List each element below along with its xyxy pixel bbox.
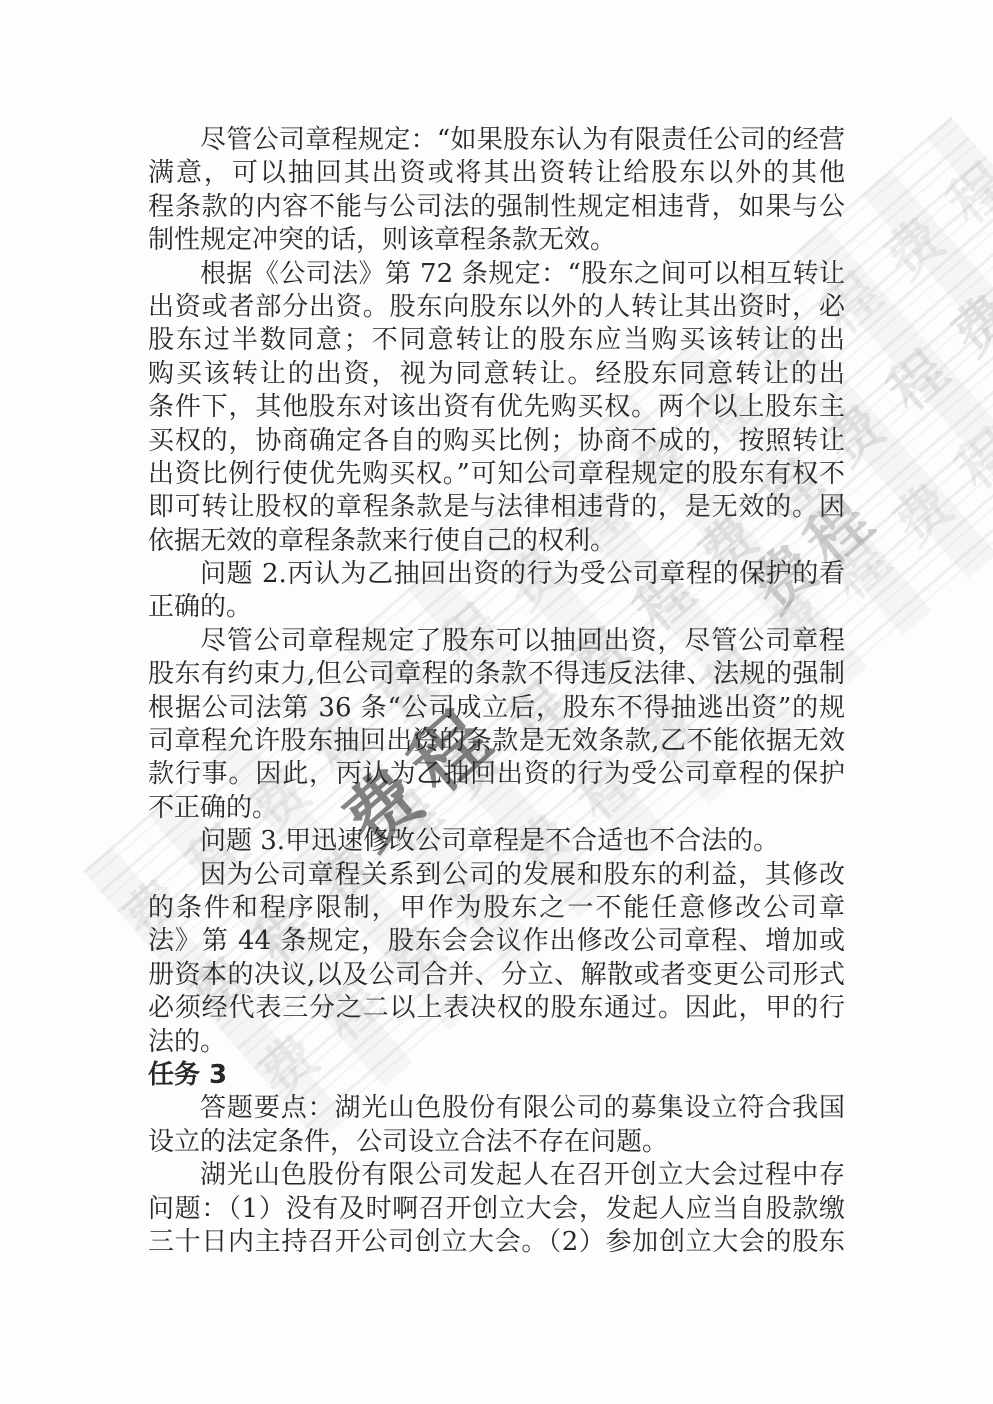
document-page: 费程费程费程费程费程费程费程 费程费程费程费程费程费程费程 费程费程费程费程费程… — [0, 0, 993, 1404]
text-line: 不正确的。 — [148, 792, 845, 825]
text-line: 的条件和程序限制，甲作为股东之一不能任意修改公司章程。《公司 — [148, 892, 845, 925]
text-line: 依据无效的章程条款来行使自己的权利。 — [148, 525, 845, 558]
text-line: 股东过半数同意；不同意转让的股东应当购买该转让的出资，如果不 — [148, 324, 845, 357]
text-line: 满意，可以抽回其出资或将其出资转让给股东以外的其他人。”但章 — [148, 157, 845, 190]
text-line: 正确的。 — [148, 591, 845, 624]
text-line: 买权的，协商确定各自的购买比例；协商不成的，按照转让时各自的 — [148, 425, 845, 458]
text-line-question-3: 问题 3.甲迅速修改公司章程是不合适也不合法的。 — [148, 825, 845, 858]
text-line: 即可转让股权的章程条款是与法律相违背的，是无效的。因此乙不能 — [148, 491, 845, 524]
text-line-question-2: 问题 2.丙认为乙抽回出资的行为受公司章程的保护的看法是不 — [148, 558, 845, 591]
text-line: 尽管公司章程规定：“如果股东认为有限责任公司的经营不令其 — [148, 124, 845, 157]
task-3-heading: 任务 3 — [148, 1059, 845, 1092]
text-line: 必须经代表三分之二以上表决权的股东通过。因此，甲的行为是不合 — [148, 992, 845, 1025]
text-line: 条件下，其他股东对该出资有优先购买权。两个以上股东主张优先购 — [148, 391, 845, 424]
text-line: 股东有约束力,但公司章程的条款不得违反法律、法规的强制性规定， — [148, 658, 845, 691]
text-line: 程条款的内容不能与公司法的强制性规定相违背，如果与公司法的强 — [148, 191, 845, 224]
text-line: 尽管公司章程规定了股东可以抽回出资，尽管公司章程对公司、 — [148, 625, 845, 658]
text-line: 购买该转让的出资，视为同意转让。经股东同意转让的出资，在同等 — [148, 358, 845, 391]
text-line: 根据《公司法》第 72 条规定：“股东之间可以相互转让其全部 — [148, 258, 845, 291]
text-line: 法的。 — [148, 1026, 845, 1059]
text-line: 设立的法定条件，公司设立合法不存在问题。 — [148, 1126, 845, 1159]
text-line: 答题要点：湖光山色股份有限公司的募集设立符合我国《公司法》 — [148, 1092, 845, 1125]
text-line: 册资本的决议,以及公司合并、分立、解散或者变更公司形式的决议， — [148, 959, 845, 992]
text-line: 问题：（1）没有及时啊召开创立大会，发起人应当自股款缴足之日起 — [148, 1193, 845, 1226]
text-line: 法》第 44 条规定，股东会会议作出修改公司章程、增加或者减少注 — [148, 925, 845, 958]
document-text: 尽管公司章程规定：“如果股东认为有限责任公司的经营不令其 满意，可以抽回其出资或… — [148, 124, 845, 1259]
text-line: 出资比例行使优先购买权。”可知公司章程规定的股东有权不经通知 — [148, 458, 845, 491]
text-line: 制性规定冲突的话，则该章程条款无效。 — [148, 224, 845, 257]
text-line: 出资或者部分出资。股东向股东以外的人转让其出资时，必须经全体 — [148, 291, 845, 324]
text-line: 三十日内主持召开公司创立大会。（2）参加创立大会的股东人数低于 — [148, 1226, 845, 1259]
text-line: 因为公司章程关系到公司的发展和股东的利益，其修改应有严格 — [148, 859, 845, 892]
text-line: 根据公司法第 36 条“公司成立后，股东不得抽逃出资”的规定，公 — [148, 692, 845, 725]
text-line: 款行事。因此，丙认为乙抽回出资的行为受公司章程的保护的看法是 — [148, 758, 845, 791]
text-line: 司章程允许股东抽回出资的条款是无效条款,乙不能依据无效章程条 — [148, 725, 845, 758]
text-line: 湖光山色股份有限公司发起人在召开创立大会过程中存在两点 — [148, 1159, 845, 1192]
